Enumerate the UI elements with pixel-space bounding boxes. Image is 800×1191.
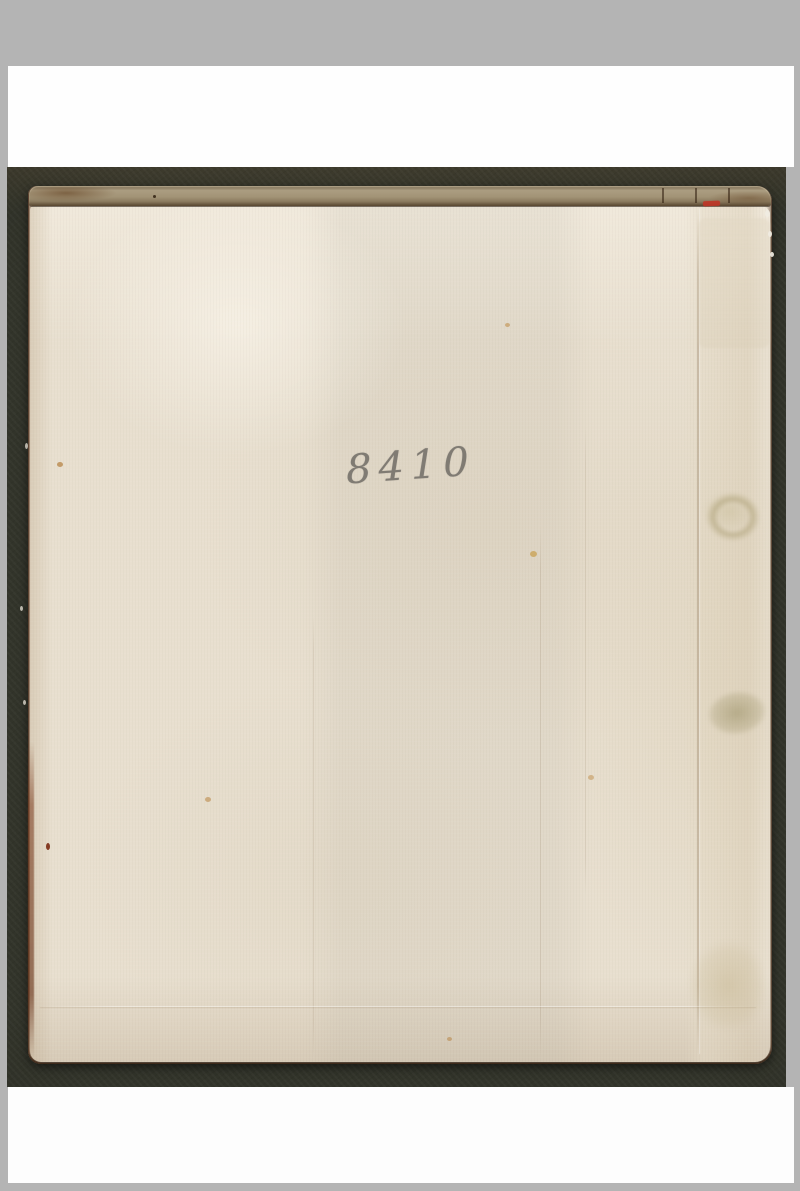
sewing-station-mark bbox=[728, 188, 730, 203]
spine-edge-wear bbox=[28, 742, 34, 1058]
cover-paper bbox=[30, 206, 770, 1062]
water-stain bbox=[696, 484, 770, 550]
vertical-fold-crease bbox=[313, 616, 314, 1056]
red-binding-spot bbox=[46, 843, 50, 850]
handwritten-shelfmark: 8410 bbox=[345, 439, 476, 492]
scan-backdrop: 8410 bbox=[7, 167, 786, 1087]
water-stain bbox=[678, 928, 778, 1043]
red-ink-mark bbox=[703, 201, 720, 207]
horizontal-fold-crease bbox=[40, 1006, 756, 1007]
sewing-station-mark bbox=[695, 188, 697, 203]
rust-spot bbox=[588, 775, 594, 780]
edge-debris-speck bbox=[23, 700, 26, 705]
manuscript-back-cover: 8410 bbox=[28, 186, 772, 1064]
edge-debris-speck bbox=[20, 606, 23, 611]
top-margin-band bbox=[8, 66, 794, 167]
sewing-station-mark bbox=[662, 188, 664, 203]
edge-debris-speck bbox=[25, 443, 28, 449]
rust-spot bbox=[530, 551, 537, 557]
bottom-margin-band bbox=[8, 1087, 794, 1183]
corner-damage-speck bbox=[765, 210, 770, 217]
corner-damage-speck bbox=[770, 252, 774, 257]
digitized-scan-page: 8410 bbox=[0, 0, 800, 1191]
rust-spot bbox=[505, 323, 510, 327]
rust-spot bbox=[447, 1037, 452, 1041]
water-stain bbox=[698, 218, 770, 348]
rust-spot bbox=[57, 462, 63, 467]
edge-speck bbox=[153, 195, 156, 198]
head-edge-strip bbox=[29, 186, 771, 206]
vertical-fold-crease bbox=[540, 526, 541, 1056]
vertical-fold-crease bbox=[585, 426, 586, 896]
corner-damage-speck bbox=[768, 231, 772, 237]
rust-spot bbox=[205, 797, 211, 802]
